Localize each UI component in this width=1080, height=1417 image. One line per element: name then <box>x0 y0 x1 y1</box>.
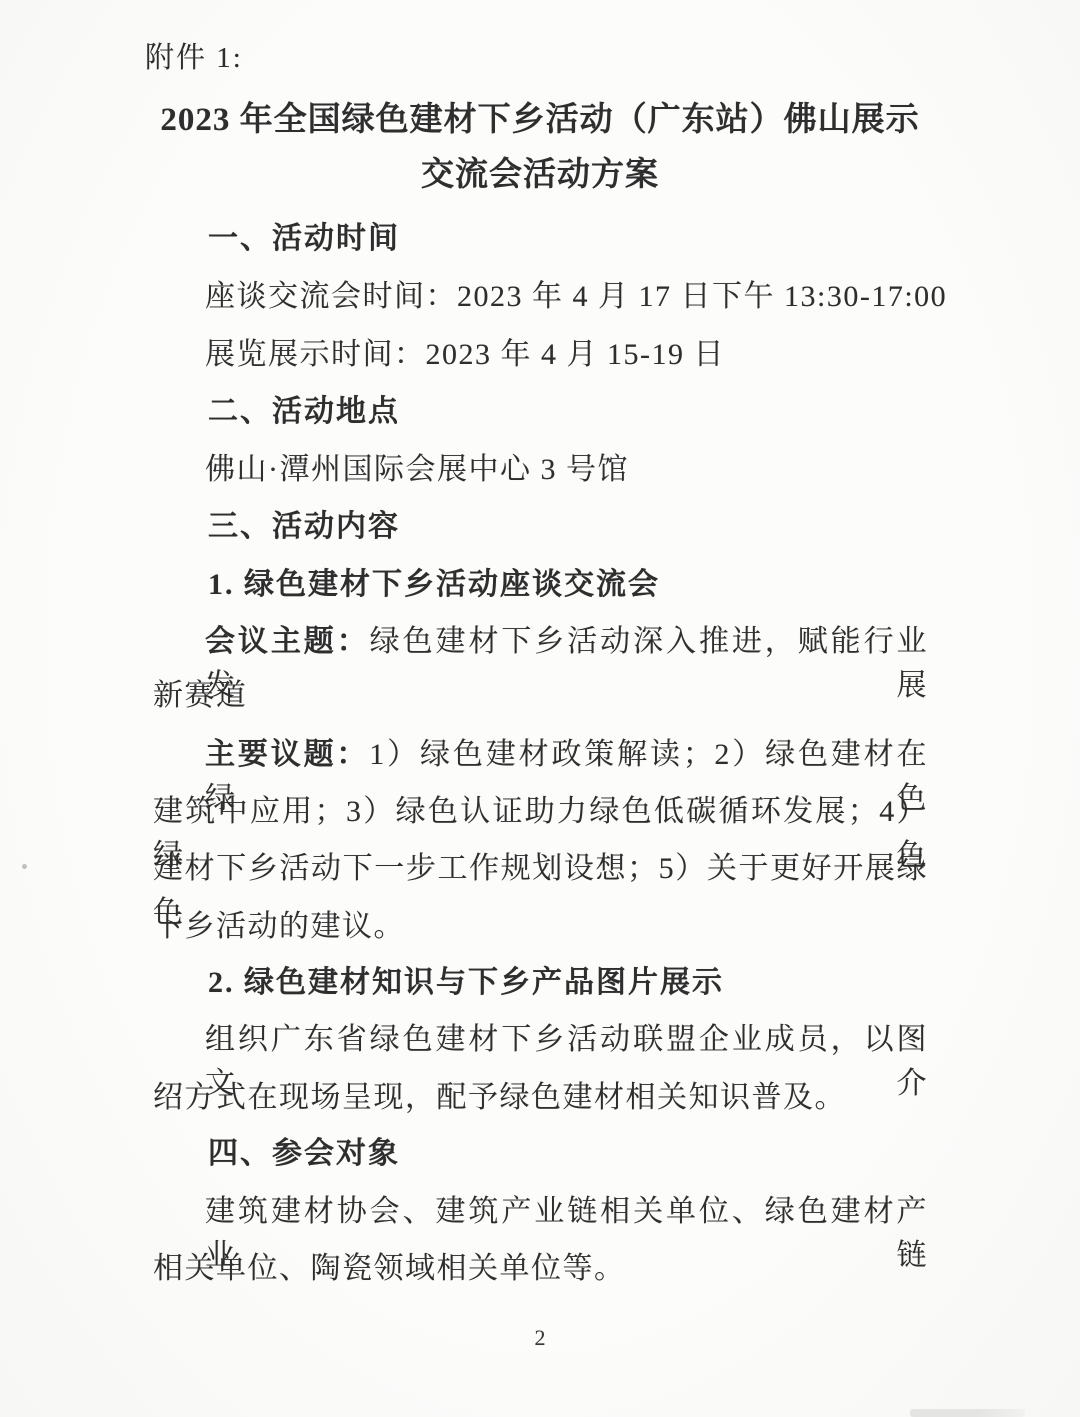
section-venue-heading: 二、活动地点 <box>208 386 400 430</box>
meeting-topic-label: 会议主题： <box>205 625 370 658</box>
document-title-line2: 交流会活动方案 <box>0 148 1080 195</box>
section-participants-heading: 四、参会对象 <box>208 1128 400 1172</box>
forum-time-text: 座谈交流会时间：2023 年 4 月 17 日下午 13:30-17:00 <box>205 271 947 315</box>
scan-smudge <box>910 1409 1025 1417</box>
exhibition-time-text: 展览展示时间：2023 年 4 月 15-19 日 <box>205 329 725 373</box>
item2-text-line2: 绍方式在现场呈现，配予绿色建材相关知识普及。 <box>153 1072 846 1116</box>
venue-text: 佛山·潭州国际会展中心 3 号馆 <box>205 444 629 488</box>
content-item2-heading: 2. 绿色建材知识与下乡产品图片展示 <box>208 957 724 1001</box>
agenda-line4: 下乡活动的建议。 <box>153 901 405 945</box>
section-content-heading: 三、活动内容 <box>208 501 400 545</box>
document-title-line1: 2023 年全国绿色建材下乡活动（广东站）佛山展示 <box>0 93 1080 140</box>
meeting-topic-line1: 会议主题：绿色建材下乡活动深入推进，赋能行业发展 <box>205 616 928 704</box>
attachment-label: 附件 1: <box>145 35 243 76</box>
meeting-topic-line2: 新赛道 <box>153 670 248 714</box>
document-page: 附件 1: 2023 年全国绿色建材下乡活动（广东站）佛山展示 交流会活动方案 … <box>0 0 1080 1417</box>
agenda-label: 主要议题： <box>205 738 369 771</box>
scan-speck <box>22 864 27 869</box>
content-item1-heading: 1. 绿色建材下乡活动座谈交流会 <box>208 559 660 603</box>
participants-text-line2: 相关单位、陶瓷领域相关单位等。 <box>153 1243 626 1287</box>
page-number: 2 <box>0 1325 1080 1351</box>
section-time-heading: 一、活动时间 <box>208 213 400 257</box>
